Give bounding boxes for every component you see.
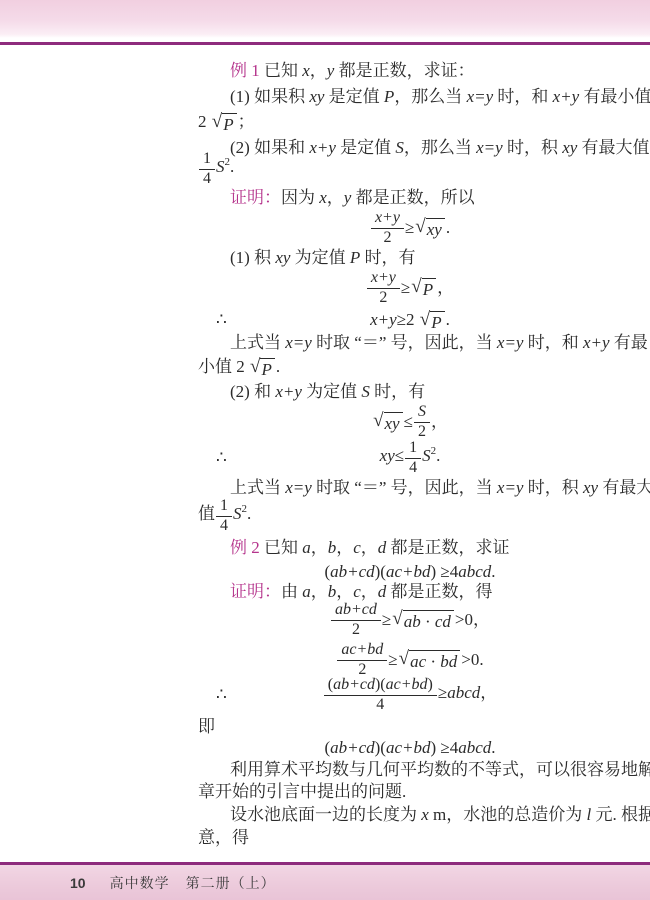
- fraction-numerator: ac+bd: [337, 642, 387, 661]
- text-segment: 有最小值: [579, 87, 650, 106]
- page-content: 例 1 已知 x，y 都是正数，求证： (1) 如果积 xy 是定值 P，那么当…: [198, 0, 622, 862]
- magenta-label: 证明：: [230, 582, 281, 601]
- text-segment: 时，有: [360, 248, 415, 267]
- math-fraction: 14: [199, 151, 215, 188]
- radicand: P: [430, 311, 444, 333]
- formula-case2: √xy ≤ S2，: [198, 402, 622, 442]
- radicand: P: [260, 358, 274, 380]
- text-segment: 时，有: [370, 382, 425, 401]
- closing-paragraph-4: 意，得: [198, 826, 622, 850]
- text-segment: 值: [198, 504, 215, 523]
- sqrt-radical: √P: [420, 310, 445, 333]
- remark1-line1: 上式当 x=y 时取 “＝” 号，因此，当 x=y 时，和 x+y 有最: [198, 331, 622, 355]
- text-segment: .: [230, 157, 234, 176]
- math-fraction: (ab+cd)(ac+bd)4: [324, 677, 437, 714]
- text-segment: ，: [327, 188, 344, 207]
- fraction-denominator: 2: [414, 423, 430, 441]
- example2-heading: 例 2 已知 a，b，c，d 都是正数，求证: [198, 536, 622, 560]
- text-segment: 是定值: [324, 87, 384, 106]
- math-variable: xy: [275, 248, 290, 267]
- sqrt-radical: √P: [411, 277, 436, 300]
- formula-final: (ab+cd)(ac+bd) ≥4abcd.: [198, 736, 622, 760]
- math-variable: P: [431, 313, 441, 332]
- text-segment: ，: [431, 410, 448, 434]
- text-segment: 时，和: [493, 87, 553, 106]
- text-segment: ，: [361, 538, 378, 557]
- text-segment: 4: [220, 517, 228, 534]
- math-fraction: S2: [414, 404, 430, 441]
- radical-sign: √: [420, 310, 430, 330]
- text-segment: 利用算术平均数与几何平均数的不等式，可以很容易地解决本: [230, 760, 650, 779]
- text-segment: 2: [418, 423, 426, 440]
- footer-page-number: 10: [70, 875, 86, 891]
- footer-book-title: 高中数学: [110, 873, 170, 893]
- radicand: P: [222, 113, 236, 135]
- math-fraction: 14: [216, 498, 232, 535]
- math-variable: P: [261, 360, 271, 379]
- math-variable: P: [384, 87, 394, 106]
- math-variable: x+y: [553, 87, 580, 106]
- text-segment: 章开始的引言中提出的问题.: [198, 782, 406, 801]
- math-fraction: ab+cd2: [331, 602, 381, 639]
- formula-body: (ab+cd)(ac+bd)4≥abcd，: [323, 677, 498, 714]
- text-segment: .: [491, 736, 495, 760]
- formula-product: ∴ (ab+cd)(ac+bd)4≥abcd，: [198, 673, 622, 717]
- math-variable: x+y: [370, 310, 397, 329]
- fraction-denominator: 2: [331, 621, 381, 639]
- radical-sign: √: [415, 217, 425, 237]
- math-variable: S: [361, 382, 370, 401]
- math-fraction: 14: [405, 440, 421, 477]
- textbook-page: 例 1 已知 x，y 都是正数，求证： (1) 如果积 xy 是定值 P，那么当…: [0, 0, 650, 900]
- text-segment: 1: [220, 497, 228, 514]
- math-variable: xy: [427, 220, 442, 239]
- math-fraction: x+y2: [367, 270, 400, 307]
- text-segment: (1) 积: [230, 248, 275, 267]
- text-segment: 为定值: [290, 248, 350, 267]
- text-segment: 即: [198, 717, 215, 736]
- math-variable: P: [423, 280, 433, 299]
- text-segment: 4: [376, 696, 384, 713]
- text-segment: 1: [409, 439, 417, 456]
- fraction-denominator: 2: [371, 229, 404, 247]
- math-variable: b: [328, 538, 337, 557]
- closing-paragraph-2: 章开始的引言中提出的问题.: [198, 780, 622, 804]
- math-variable: x: [302, 61, 310, 80]
- example1-item1-cont: 2 √P；: [198, 110, 622, 135]
- sqrt-radical: √xy: [373, 411, 403, 434]
- therefore-symbol: ∴: [216, 308, 227, 332]
- math-variable: cd: [435, 612, 451, 631]
- radicand: P: [422, 278, 436, 300]
- text-segment: 2: [198, 112, 211, 131]
- text-segment: ，: [310, 61, 327, 80]
- math-variable: x: [319, 188, 327, 207]
- text-segment: ，: [336, 582, 353, 601]
- math-variable: ac+bd: [341, 641, 383, 658]
- math-variable: P: [350, 248, 360, 267]
- math-variable: xy: [583, 478, 598, 497]
- radical-sign: √: [399, 649, 409, 669]
- text-segment: 为定值: [302, 382, 362, 401]
- math-variable: xy: [380, 445, 395, 464]
- fraction-denominator: 4: [216, 517, 232, 535]
- text-segment: 都是正数，得: [386, 582, 492, 601]
- text-segment: 设水池底面一边的长度为: [230, 805, 421, 824]
- text-segment: 4: [409, 459, 417, 476]
- sqrt-radical: √P: [212, 112, 237, 135]
- radical-sign: √: [373, 411, 383, 431]
- text-segment: ，: [311, 538, 328, 557]
- math-variable: x=y: [497, 478, 524, 497]
- remark1-line2: 小值 2 √P.: [198, 355, 622, 380]
- math-variable: ac: [410, 652, 426, 671]
- math-variable: x=y: [285, 478, 312, 497]
- formula-abcd-1: ab+cd2 ≥ √ab · cd>0，: [198, 600, 622, 640]
- text-segment: ，那么当: [394, 87, 466, 106]
- formula-body: x+y≥2 √P.: [370, 308, 450, 333]
- math-variable: ab+cd: [330, 736, 375, 760]
- text-segment: ；: [238, 112, 255, 131]
- text-segment: 都是正数，求证：: [334, 61, 474, 80]
- text-segment: 2: [383, 229, 391, 246]
- formula-case2-conclusion: ∴ xy≤14S2.: [198, 440, 622, 476]
- math-variable: x=y: [467, 87, 494, 106]
- text-segment: (2) 和: [230, 382, 275, 401]
- math-variable: P: [223, 115, 233, 134]
- text-segment: ≥: [388, 648, 397, 672]
- fraction-numerator: 1: [199, 151, 215, 170]
- text-segment: )(: [375, 736, 386, 760]
- text-segment: m，水池的总造价为: [429, 805, 587, 824]
- radical-sign: √: [250, 357, 260, 377]
- fraction-denominator: 2: [367, 289, 400, 307]
- text-segment: 4: [203, 170, 211, 187]
- sqrt-radical: √ac · bd: [399, 649, 461, 672]
- closing-paragraph-1: 利用算术平均数与几何平均数的不等式，可以很容易地解决本: [198, 758, 622, 782]
- fraction-numerator: 1: [216, 498, 232, 517]
- remark2-line2: 值14S2.: [198, 498, 622, 535]
- text-segment: 时，积: [523, 478, 583, 497]
- math-variable: b: [328, 582, 337, 601]
- magenta-label: 例 2: [230, 538, 260, 557]
- text-segment: ·: [426, 652, 440, 671]
- math-variable: ab+cd: [333, 676, 375, 693]
- math-variable: abcd: [458, 736, 491, 760]
- radicand: ac · bd: [409, 650, 460, 672]
- text-segment: ): [428, 676, 433, 693]
- text-segment: 由: [281, 582, 302, 601]
- math-variable: xy: [309, 87, 324, 106]
- fraction-numerator: x+y: [367, 270, 400, 289]
- math-variable: c: [353, 538, 361, 557]
- text-segment: 小值 2: [198, 357, 249, 376]
- text-segment: 1: [203, 150, 211, 167]
- math-variable: S: [418, 403, 426, 420]
- math-variable: c: [353, 582, 361, 601]
- text-segment: ≥: [401, 276, 410, 300]
- therefore-symbol: ∴: [216, 446, 227, 470]
- text-segment: .: [247, 504, 251, 523]
- text-segment: .: [276, 357, 280, 376]
- math-variable: S: [216, 157, 225, 176]
- math-variable: x+y: [583, 333, 610, 352]
- math-variable: x: [421, 805, 429, 824]
- math-variable: xy: [385, 414, 400, 433]
- radicand: xy: [426, 218, 445, 240]
- text-segment: ，: [311, 582, 328, 601]
- formula-case1-conclusion: ∴ x+y≥2 √P.: [198, 308, 622, 332]
- math-variable: S: [422, 445, 431, 464]
- footer-band: 10 高中数学 第二册（上）: [0, 865, 650, 900]
- fraction-denominator: 4: [324, 696, 437, 714]
- formula-case1: x+y2 ≥ √P，: [198, 268, 622, 308]
- fraction-numerator: (ab+cd)(ac+bd): [324, 677, 437, 696]
- formula-body: xy≤14S2.: [380, 440, 441, 477]
- math-variable: ab+cd: [335, 601, 377, 618]
- text-segment: 时取 “＝” 号，因此，当: [312, 478, 497, 497]
- math-variable: x=y: [285, 333, 312, 352]
- therefore-symbol: ∴: [216, 683, 227, 707]
- case1-heading: (1) 积 xy 为定值 P 时，有: [198, 246, 622, 270]
- math-variable: x=y: [497, 333, 524, 352]
- text-segment: ，: [480, 682, 497, 701]
- math-variable: ac+bd: [386, 736, 431, 760]
- text-segment: ≤: [404, 410, 413, 434]
- text-segment: 有最大: [598, 478, 650, 497]
- fraction-numerator: x+y: [371, 210, 404, 229]
- example1-item2-cont: 14S2.: [198, 151, 622, 188]
- fraction-numerator: ab+cd: [331, 602, 381, 621]
- math-fraction: x+y2: [371, 210, 404, 247]
- radical-sign: √: [212, 112, 222, 132]
- magenta-label: 例 1: [230, 61, 260, 80]
- math-variable: ac+bd: [386, 676, 428, 693]
- proof1-heading: 证明：因为 x，y 都是正数，所以: [198, 186, 622, 210]
- text-segment: ，: [336, 538, 353, 557]
- fraction-numerator: S: [414, 404, 430, 423]
- closing-paragraph-3: 设水池底面一边的长度为 x m，水池的总造价为 l 元. 根据题: [198, 803, 622, 827]
- math-variable: S: [233, 504, 242, 523]
- math-variable: bd: [440, 652, 457, 671]
- text-segment: 2: [352, 621, 360, 638]
- example1-heading: 例 1 已知 x，y 都是正数，求证：: [198, 59, 622, 83]
- text-segment: ≥: [438, 682, 447, 701]
- text-segment: 已知: [260, 538, 303, 557]
- remark2-line1: 上式当 x=y 时取 “＝” 号，因此，当 x=y 时，积 xy 有最大: [198, 476, 622, 500]
- text-segment: ，: [437, 276, 454, 300]
- example1-item1: (1) 如果积 xy 是定值 P，那么当 x=y 时，和 x+y 有最小值: [198, 85, 622, 109]
- text-segment: 都是正数，所以: [351, 188, 474, 207]
- text-segment: ·: [421, 612, 435, 631]
- radicand: ab · cd: [403, 610, 454, 632]
- text-segment: ≥2: [397, 310, 419, 329]
- text-segment: >0，: [455, 608, 490, 632]
- formula-amgm: x+y2 ≥ √xy.: [198, 208, 622, 248]
- text-segment: ，: [361, 582, 378, 601]
- sqrt-radical: √xy: [415, 217, 445, 240]
- sqrt-radical: √P: [250, 357, 275, 380]
- text-segment: ≤: [395, 445, 404, 464]
- text-segment: .: [446, 310, 450, 329]
- magenta-label: 证明：: [230, 188, 281, 207]
- fraction-denominator: 4: [405, 459, 421, 477]
- math-variable: x+y: [275, 382, 302, 401]
- text-segment: 2: [379, 289, 387, 306]
- radical-sign: √: [392, 609, 402, 629]
- text-segment: 有最: [610, 333, 648, 352]
- text-segment: 元. 根据题: [591, 805, 650, 824]
- text-segment: (1) 如果积: [230, 87, 309, 106]
- math-variable: abcd: [447, 682, 480, 701]
- radicand: xy: [384, 412, 403, 434]
- text-segment: 上式当: [230, 478, 285, 497]
- footer-volume: 第二册（上）: [186, 873, 276, 893]
- text-segment: 已知: [260, 61, 303, 80]
- text-segment: >0.: [461, 648, 483, 672]
- math-variable: a: [302, 538, 311, 557]
- fraction-denominator: 4: [199, 170, 215, 188]
- text-segment: 时，和: [523, 333, 583, 352]
- text-segment: .: [436, 445, 440, 464]
- text-segment: )(: [375, 676, 386, 693]
- sqrt-radical: √ab · cd: [392, 609, 454, 632]
- text-segment: 意，得: [198, 828, 249, 847]
- math-variable: a: [302, 582, 311, 601]
- text-segment: 时取 “＝” 号，因此，当: [312, 333, 497, 352]
- math-variable: ab: [404, 612, 421, 631]
- case2-heading: (2) 和 x+y 为定值 S 时，有: [198, 380, 622, 404]
- radical-sign: √: [411, 277, 421, 297]
- footer-text: 10 高中数学 第二册（上）: [0, 873, 276, 893]
- text-segment: ≥: [382, 608, 391, 632]
- math-variable: x+y: [371, 269, 396, 286]
- text-segment: ) ≥4: [431, 736, 459, 760]
- text-segment: ≥: [405, 216, 414, 240]
- fraction-numerator: 1: [405, 440, 421, 459]
- text-segment: .: [446, 216, 450, 240]
- text-segment: 因为: [281, 188, 319, 207]
- math-variable: x+y: [375, 209, 400, 226]
- text-segment: 上式当: [230, 333, 285, 352]
- text-segment: 都是正数，求证: [386, 538, 509, 557]
